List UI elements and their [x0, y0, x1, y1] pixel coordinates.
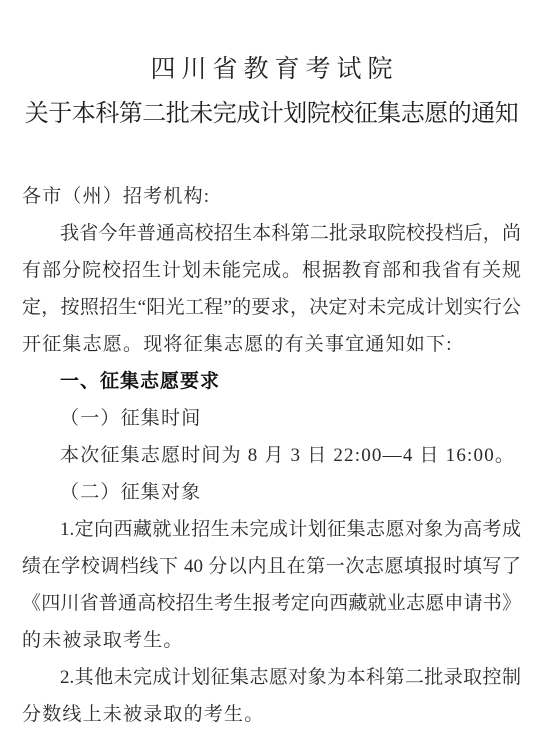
- paragraph-line: 定，按照招生“阳光工程”的要求，决定对未完成计划实行公: [22, 289, 521, 326]
- subsection-heading: （二）征集对象: [22, 474, 521, 511]
- paragraph-line: 绩在学校调档线下 40 分以内且在第一次志愿填报时填写了: [22, 548, 521, 585]
- paragraph-line: 《四川省普通高校招生考生报考定向西藏就业志愿申请书》: [22, 585, 521, 622]
- paragraph-line: 分数线上未被录取的考生。: [22, 696, 521, 733]
- notice-title: 关于本科第二批未完成计划院校征集志愿的通知: [22, 92, 521, 136]
- paragraph-line: 有部分院校招生计划未能完成。根据教育部和我省有关规: [22, 252, 521, 289]
- paragraph-line: 我省今年普通高校招生本科第二批录取院校投档后，尚: [22, 215, 521, 252]
- paragraph-line: 的未被录取考生。: [22, 622, 521, 659]
- org-title: 四川省教育考试院: [22, 52, 521, 88]
- paragraph-line: 2.其他未完成计划征集志愿对象为本科第二批录取控制: [22, 659, 521, 696]
- paragraph-line: 1.定向西藏就业招生未完成计划征集志愿对象为高考成: [22, 511, 521, 548]
- salutation: 各市（州）招考机构:: [22, 178, 521, 215]
- subsection-heading: （一）征集时间: [22, 400, 521, 437]
- notice-document-page: 四川省教育考试院 关于本科第二批未完成计划院校征集志愿的通知 各市（州）招考机构…: [0, 0, 545, 734]
- schedule-line: 本次征集志愿时间为 8 月 3 日 22:00—4 日 16:00。: [22, 437, 521, 474]
- section-heading: 一、征集志愿要求: [22, 363, 521, 400]
- paragraph-line: 开征集志愿。现将征集志愿的有关事宜通知如下:: [22, 326, 521, 363]
